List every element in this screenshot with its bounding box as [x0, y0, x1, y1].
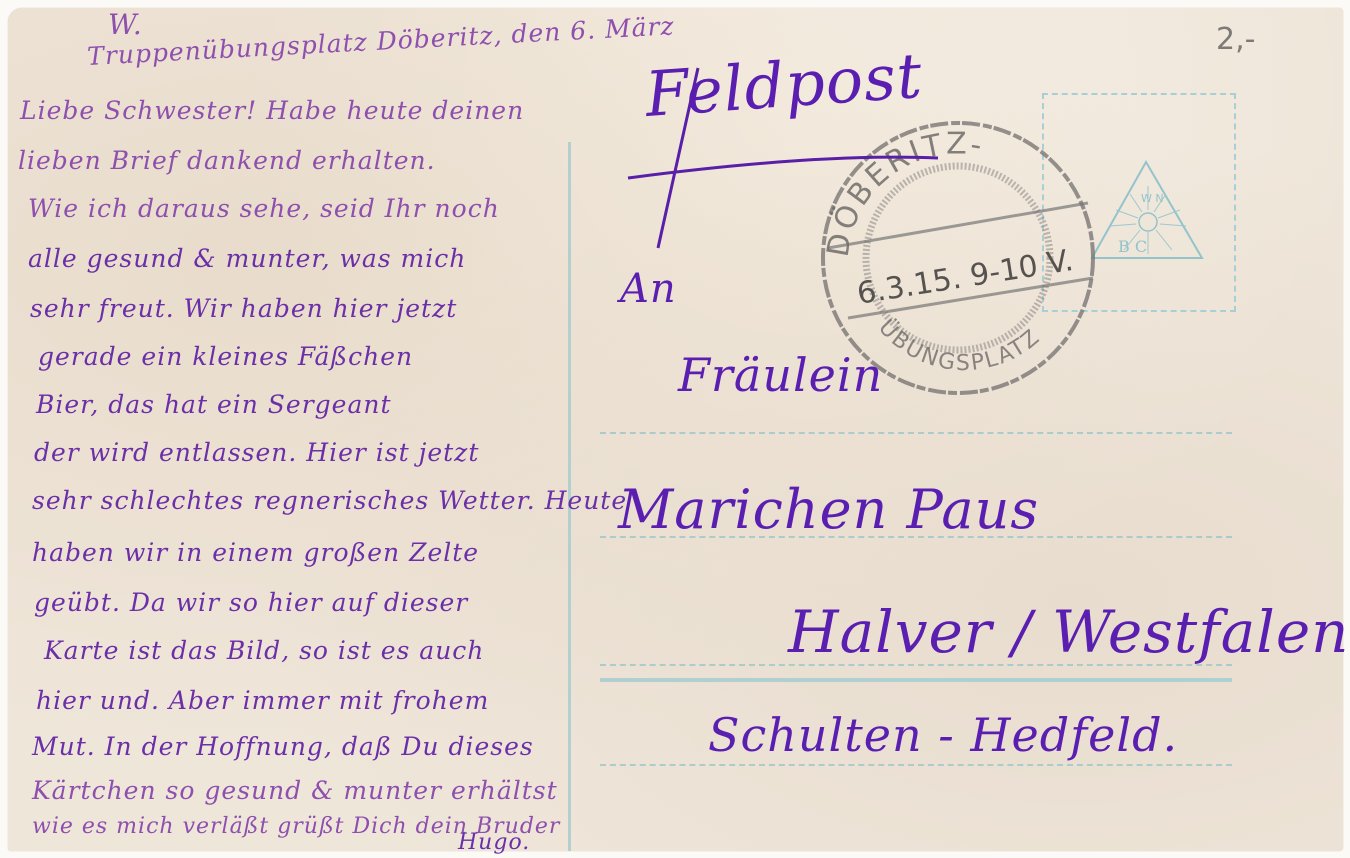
message-line: Truppenübungsplatz Döberitz, den 6. März — [86, 11, 675, 71]
message-line: sehr freut. Wir haben hier jetzt — [30, 294, 457, 323]
message-line: gerade ein kleines Fäßchen — [38, 342, 413, 371]
sun-triangle-icon: W N B C — [1088, 158, 1208, 268]
message-line: alle gesund & munter, was mich — [28, 244, 466, 273]
message-line: der wird entlassen. Hier ist jetzt — [34, 438, 479, 467]
address-line-1 — [600, 432, 1232, 434]
message-line: Wie ich daraus sehe, seid Ihr noch — [28, 194, 500, 223]
message-line: geübt. Da wir so hier auf dieser — [34, 588, 468, 617]
message-line: Kärtchen so gesund & munter erhältst — [32, 776, 558, 805]
pencil-note: 2,- — [1216, 22, 1255, 57]
postcard: 2,- W N B C DÖBERITZ- ÜBUNGSPLATZ — [8, 8, 1343, 851]
svg-text:ÜBUNGSPLATZ: ÜBUNGSPLATZ — [873, 315, 1045, 376]
address-line-3-solid — [600, 678, 1232, 682]
message-line: hier und. Aber immer mit frohem — [36, 686, 489, 715]
address-farm: Schulten - Hedfeld. — [708, 708, 1178, 762]
message-line: sehr schlechtes regnerisches Wetter. Heu… — [32, 486, 627, 515]
message-line: Karte ist das Bild, so ist es auch — [44, 636, 484, 665]
message-line: Bier, das hat ein Sergeant — [36, 390, 392, 419]
address-line-4 — [600, 764, 1232, 766]
message-signature: Hugo. — [458, 830, 530, 855]
svg-text:B C: B C — [1118, 237, 1147, 256]
address-an: An — [620, 266, 677, 312]
message-line: Liebe Schwester! Habe heute deinen — [20, 96, 524, 125]
message-line: lieben Brief dankend erhalten. — [18, 146, 436, 175]
svg-text:W N: W N — [1141, 192, 1164, 205]
feldpost-underline-flourish — [618, 58, 948, 258]
address-recipient-name: Marichen Paus — [618, 478, 1039, 541]
message-line: W. — [108, 8, 143, 41]
message-line: Mut. In der Hoffnung, daß Du dieses — [32, 732, 534, 761]
address-salutation: Fräulein — [678, 348, 883, 402]
message-line: haben wir in einem großen Zelte — [32, 538, 479, 567]
address-town: Halver / Westfalen — [788, 598, 1350, 666]
